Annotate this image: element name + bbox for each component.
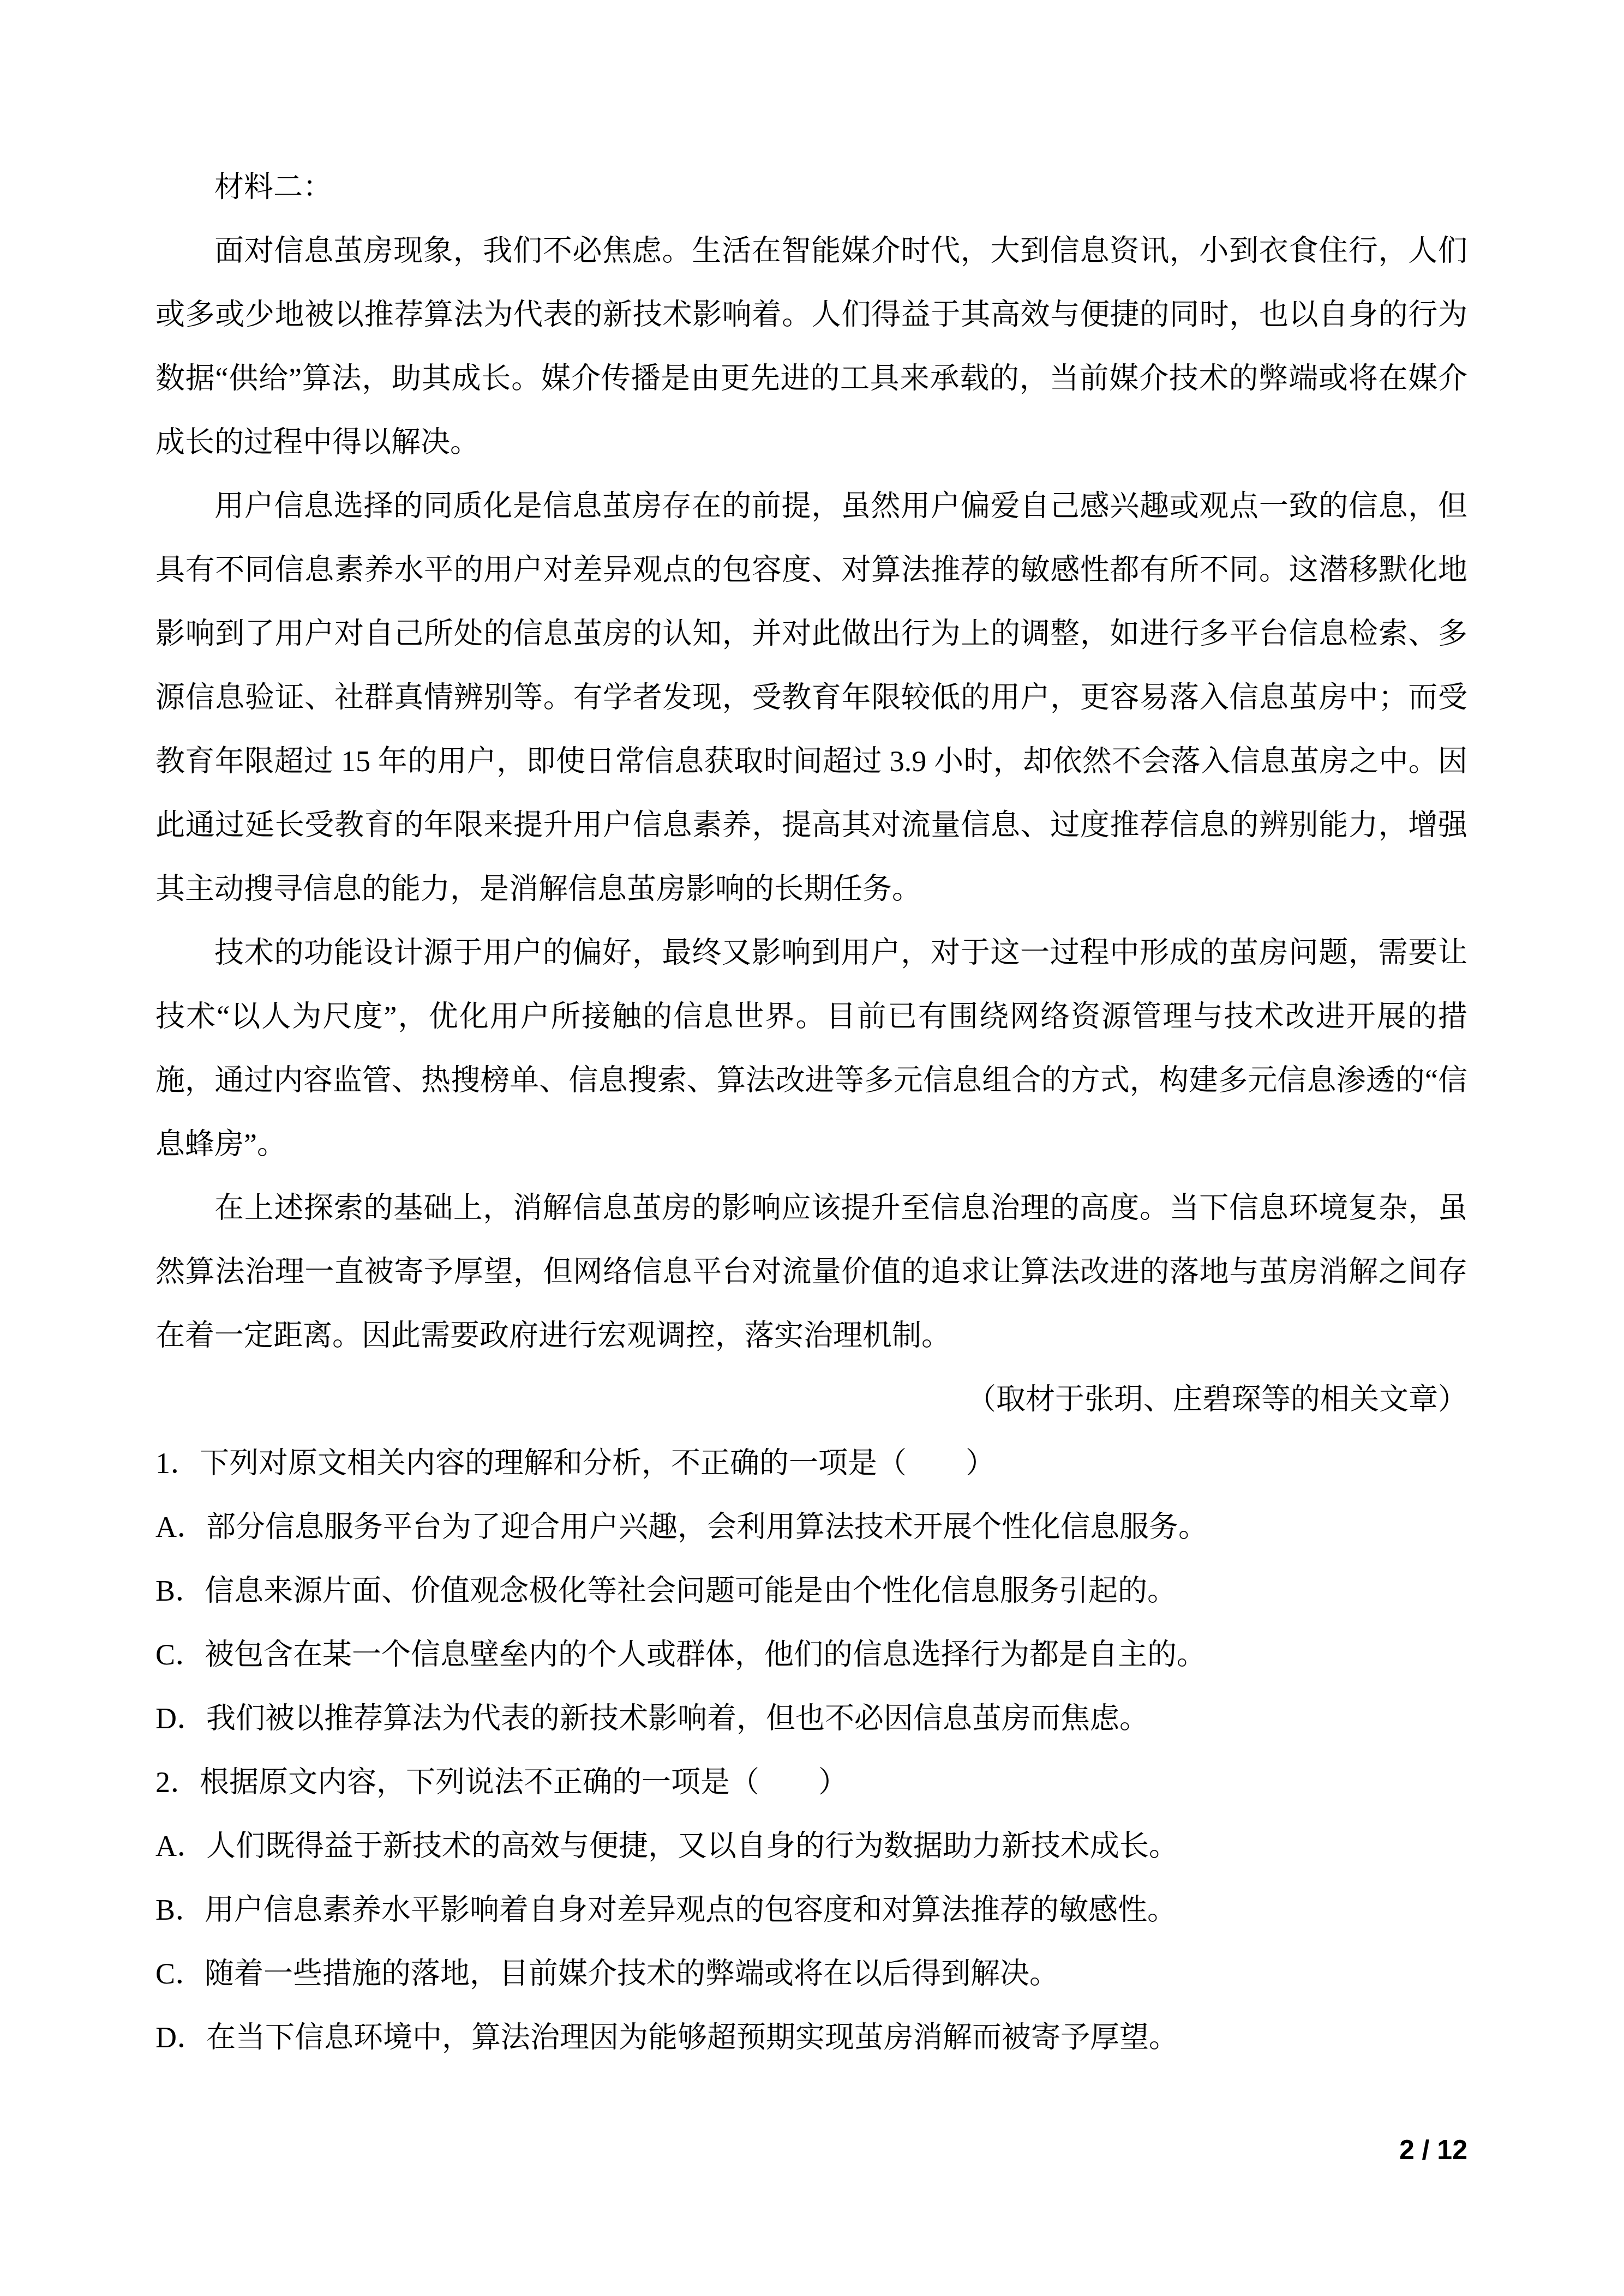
question-1-option-b-text: 信息来源片面、价值观念极化等社会问题可能是由个性化信息服务引起的。 <box>205 1574 1177 1607</box>
material-heading: 材料二： <box>155 155 1467 219</box>
question-1-option-a-text: 部分信息服务平台为了迎合用户兴趣，会利用算法技术开展个性化信息服务。 <box>206 1511 1208 1543</box>
question-1-option-a: A．部分信息服务平台为了迎合用户兴趣，会利用算法技术开展个性化信息服务。 <box>155 1495 1467 1559</box>
question-2-option-b: B．用户信息素养水平影响着自身对差异观点的包容度和对算法推荐的敏感性。 <box>155 1878 1467 1942</box>
question-2-option-b-label: B． <box>155 1894 205 1926</box>
question-1-option-a-label: A． <box>155 1511 206 1543</box>
question-1-option-d-text: 我们被以推荐算法为代表的新技术影响着，但也不必因信息茧房而焦虑。 <box>206 1702 1149 1735</box>
question-1-option-d-label: D． <box>155 1702 206 1735</box>
paragraph-2: 用户信息选择的同质化是信息茧房存在的前提，虽然用户偏爱自己感兴趣或观点一致的信息… <box>155 474 1467 921</box>
question-2-option-d-label: D． <box>155 2021 206 2054</box>
question-2-option-c-label: C． <box>155 1957 205 1990</box>
question-2-stem: 2．根据原文内容，下列说法不正确的一项是（ ） <box>155 1751 1467 1814</box>
question-1-option-d: D．我们被以推荐算法为代表的新技术影响着，但也不必因信息茧房而焦虑。 <box>155 1687 1467 1751</box>
question-2-number: 2． <box>155 1766 200 1799</box>
document-page: 材料二： 面对信息茧房现象，我们不必焦虑。生活在智能媒介时代，大到信息资讯，小到… <box>0 0 1624 2296</box>
question-2-option-d-text: 在当下信息环境中，算法治理因为能够超预期实现茧房消解而被寄予厚望。 <box>206 2021 1178 2054</box>
question-2-text: 根据原文内容，下列说法不正确的一项是（ ） <box>200 1766 848 1799</box>
question-1-option-b: B．信息来源片面、价值观念极化等社会问题可能是由个性化信息服务引起的。 <box>155 1559 1467 1623</box>
question-1-option-c-label: C． <box>155 1638 205 1671</box>
question-1-option-c: C．被包含在某一个信息壁垒内的个人或群体，他们的信息选择行为都是自主的。 <box>155 1623 1467 1687</box>
question-1-option-b-label: B． <box>155 1574 205 1607</box>
question-2-option-a-text: 人们既得益于新技术的高效与便捷，又以自身的行为数据助力新技术成长。 <box>206 1830 1178 1862</box>
question-1-stem: 1．下列对原文相关内容的理解和分析，不正确的一项是（ ） <box>155 1432 1467 1495</box>
question-2-option-a: A．人们既得益于新技术的高效与便捷，又以自身的行为数据助力新技术成长。 <box>155 1814 1467 1878</box>
paragraph-1: 面对信息茧房现象，我们不必焦虑。生活在智能媒介时代，大到信息资讯，小到衣食住行，… <box>155 219 1467 474</box>
question-2-option-a-label: A． <box>155 1830 206 1862</box>
question-1-text: 下列对原文相关内容的理解和分析，不正确的一项是（ ） <box>200 1447 995 1480</box>
source-citation: （取材于张玥、庄碧琛等的相关文章） <box>155 1368 1467 1432</box>
question-2-option-b-text: 用户信息素养水平影响着自身对差异观点的包容度和对算法推荐的敏感性。 <box>205 1894 1177 1926</box>
question-2-option-d: D．在当下信息环境中，算法治理因为能够超预期实现茧房消解而被寄予厚望。 <box>155 2006 1467 2070</box>
question-2-option-c-text: 随着一些措施的落地，目前媒介技术的弊端或将在以后得到解决。 <box>205 1957 1059 1990</box>
paragraph-3: 技术的功能设计源于用户的偏好，最终又影响到用户，对于这一过程中形成的茧房问题，需… <box>155 921 1467 1176</box>
page-number: 2 / 12 <box>1399 2133 1467 2166</box>
document-content: 材料二： 面对信息茧房现象，我们不必焦虑。生活在智能媒介时代，大到信息资讯，小到… <box>155 155 1467 2070</box>
question-1-number: 1． <box>155 1447 200 1480</box>
question-1-option-c-text: 被包含在某一个信息壁垒内的个人或群体，他们的信息选择行为都是自主的。 <box>205 1638 1206 1671</box>
question-2-option-c: C．随着一些措施的落地，目前媒介技术的弊端或将在以后得到解决。 <box>155 1942 1467 2006</box>
paragraph-4: 在上述探索的基础上，消解信息茧房的影响应该提升至信息治理的高度。当下信息环境复杂… <box>155 1176 1467 1368</box>
